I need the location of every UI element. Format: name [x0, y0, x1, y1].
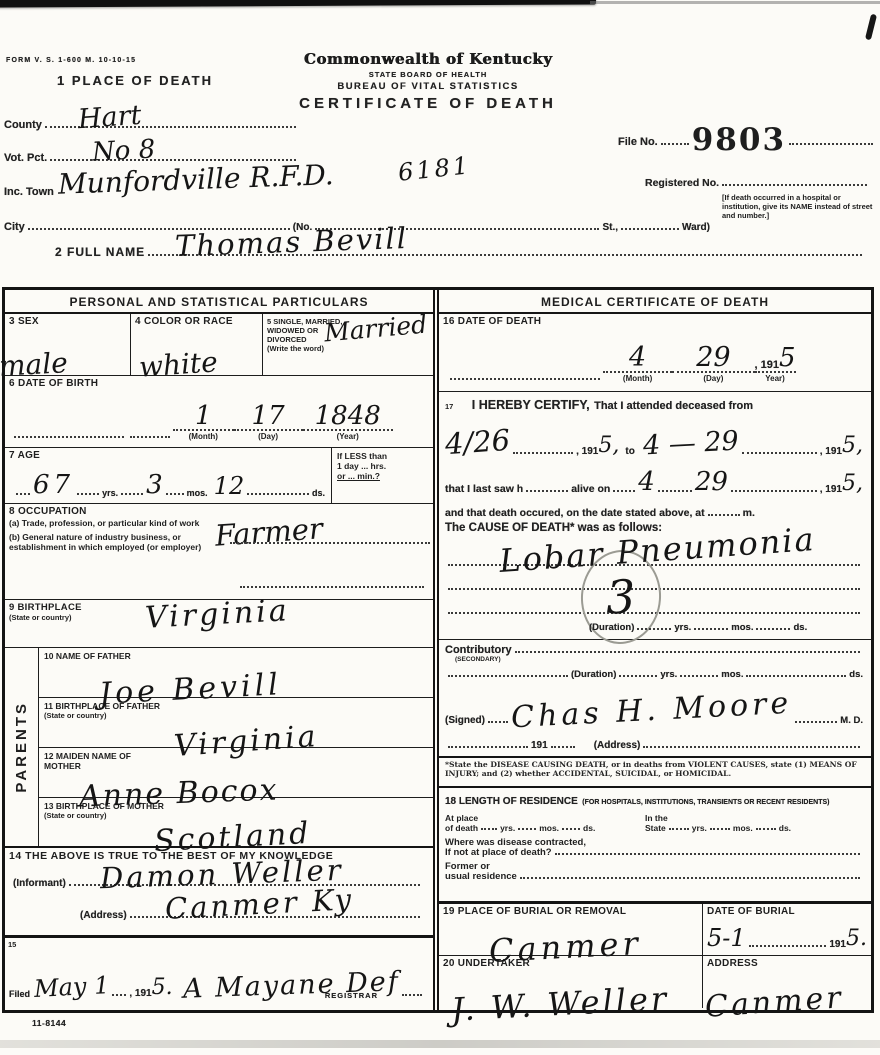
residence-in-state: In the State yrs. mos. ds.	[645, 813, 863, 833]
file-no-label: File No.	[618, 136, 658, 148]
mother-name-label: 12 MAIDEN NAME OF MOTHER	[39, 748, 159, 771]
full-name-label: 2 FULL NAME	[55, 245, 145, 259]
dotted-leader	[130, 436, 170, 438]
cause-duration-label: (Duration)	[589, 622, 634, 633]
dotted-leader	[520, 877, 860, 879]
dotted-leader	[742, 452, 817, 454]
dotted-leader	[448, 746, 528, 748]
contributory-label: Contributory	[445, 644, 512, 656]
dob-month-stack: 1 (Month)	[173, 403, 234, 441]
race-cell: 4 COLOR OR RACE white	[131, 314, 263, 375]
masthead: Commonwealth of Kentucky STATE BOARD OF …	[248, 50, 608, 112]
burial-place-handwriting: Canmer	[488, 927, 642, 967]
dod-year-line: , 191 5	[755, 345, 796, 373]
marital-value-handwriting: Married	[323, 312, 428, 346]
town-label: Inc. Town	[4, 186, 54, 198]
age-row: 7 AGE 67 yrs. 3 mos. 12 ds.	[5, 448, 433, 504]
death-occurred-text: and that death occured, on the date stat…	[445, 507, 705, 519]
last-saw-month-handwriting: 4	[638, 469, 655, 495]
marital-cell: 5 SINGLE, MARRIED, WIDOWED OR DIVORCED (…	[263, 314, 433, 375]
from-year-handwriting: 5,	[598, 435, 619, 457]
dotted-leader	[756, 628, 790, 630]
dotted-leader	[619, 675, 657, 677]
age-years-handwriting: 67	[33, 472, 74, 498]
age-less-note-3: or ... min.?	[337, 471, 431, 481]
burial-place-label: 19 PLACE OF BURIAL OR REMOVAL	[439, 904, 702, 917]
occupation-label: 8 OCCUPATION	[5, 504, 433, 517]
informant-label: (Informant)	[13, 878, 66, 889]
dotted-leader	[749, 945, 827, 947]
father-birthplace-sub: (State or country)	[39, 711, 433, 720]
burial-year-printed: 191	[829, 939, 846, 950]
dotted-leader	[526, 490, 568, 492]
dotted-leader	[402, 994, 422, 996]
at-place-line1: At place	[445, 813, 645, 823]
occupation-row: 8 OCCUPATION (a) Trade, profession, or p…	[5, 504, 433, 600]
dotted-leader	[746, 675, 846, 677]
place-of-death-heading: 1 PLACE OF DEATH	[57, 73, 213, 88]
signed-label: (Signed)	[445, 715, 485, 726]
dod-month-handwriting: 4	[603, 344, 672, 373]
undertaker-address-handwriting: Canmer	[704, 983, 844, 1023]
parents-rows: 10 NAME OF FATHER Joe Bevill 11 BIRTHPLA…	[39, 648, 433, 846]
city-st-label: St.,	[602, 222, 618, 233]
mother-name-handwriting: Anne Bocox	[79, 776, 279, 813]
contracted-line2: If not at place of death?	[445, 848, 863, 858]
age-label: 7 AGE	[5, 448, 331, 461]
filed-year-printed: , 191	[129, 988, 151, 999]
dob-label: 6 DATE OF BIRTH	[5, 376, 433, 389]
burial-year-handwriting: 5.	[846, 928, 867, 950]
to-year-handwriting: 5,	[842, 435, 863, 457]
dob-values: 1 (Month) 17 (Day) 1848 (Year)	[11, 403, 425, 441]
last-saw-line: that I last saw h alive on 4 29 , 191 5,	[445, 469, 863, 495]
dotted-leader	[166, 493, 184, 495]
dotted-leader	[661, 143, 689, 145]
from-year-printed: , 191	[576, 446, 598, 457]
dod-year-caption: Year)	[765, 374, 785, 383]
dob-year-caption: (Year)	[337, 432, 359, 441]
state-mos: mos.	[733, 823, 753, 833]
alive-on-text: alive on	[571, 483, 610, 495]
dotted-leader	[14, 436, 124, 438]
scan-artifact-right-edge	[865, 14, 877, 41]
dotted-leader	[621, 228, 679, 230]
dotted-leader	[77, 493, 99, 495]
dotted-leader	[551, 746, 575, 748]
bureau-line: BUREAU OF VITAL STATISTICS	[248, 81, 608, 92]
contracted-question: If not at place of death?	[445, 848, 552, 858]
dod-year-handwriting: 5	[779, 345, 796, 371]
father-name-label: 10 NAME OF FATHER	[39, 648, 149, 661]
sex-label: 3 SEX	[5, 314, 130, 327]
cause-block: The CAUSE OF DEATH* was as follows: Loba…	[439, 520, 871, 640]
occupation-a-label: (a) Trade, profession, or particular kin…	[5, 517, 220, 528]
dod-month-caption: (Month)	[623, 374, 652, 383]
residence-block: 18 LENGTH OF RESIDENCE (FOR HOSPITALS, I…	[439, 788, 871, 904]
last-saw-prefix: that I last saw h	[445, 483, 523, 495]
last-saw-year-printed: , 191	[820, 484, 842, 495]
to-year-printed: , 191	[820, 446, 842, 457]
scan-artifact-bottom-band	[0, 1040, 880, 1048]
cause-ds-unit: ds.	[793, 622, 807, 633]
dotted-leader	[481, 828, 497, 830]
dotted-leader	[450, 378, 600, 380]
dotted-leader	[795, 721, 837, 723]
former-residence-label: usual residence	[445, 872, 517, 882]
age-main-cell: 7 AGE 67 yrs. 3 mos. 12 ds.	[5, 448, 331, 503]
dotted-leader	[448, 675, 568, 677]
parents-block: PARENTS 10 NAME OF FATHER Joe Bevill 11 …	[5, 648, 433, 848]
sign-date-address-line: 191 (Address)	[445, 740, 863, 751]
contributory-ds-unit: ds.	[849, 669, 863, 680]
sex-cell: 3 SEX male	[5, 314, 131, 375]
dod-day-stack: 29 (Day)	[672, 344, 754, 383]
former-line2: usual residence	[445, 872, 863, 882]
mother-birthplace-handwriting: Scotland	[153, 819, 312, 857]
certify-intro-line: 17 I HEREBY CERTIFY, That I attended dec…	[445, 396, 863, 414]
state-label: State	[645, 823, 666, 833]
dotted-leader	[230, 542, 430, 544]
filed-year-handwriting: 5.	[152, 977, 173, 999]
file-no-value: 9803	[692, 130, 786, 152]
attended-from-handwriting: 4/26	[444, 426, 511, 459]
medical-section-title: MEDICAL CERTIFICATE OF DEATH	[439, 290, 871, 314]
plate-number: 11-8144	[32, 1018, 66, 1028]
sign-year-printed: 191	[531, 740, 548, 751]
residence-duration-grid: At place of death yrs. mos. ds. In the	[445, 813, 863, 833]
undertaker-address-cell: ADDRESS Canmer	[703, 956, 871, 1008]
at-place-line2: of death yrs. mos. ds.	[445, 823, 645, 833]
precinct-value-handwriting: No 8	[91, 136, 155, 165]
dotted-leader	[515, 651, 860, 653]
dotted-leader	[710, 828, 730, 830]
meridiem-text: m.	[743, 507, 755, 519]
dotted-leader	[694, 628, 728, 630]
stamp-number-handwriting: 3	[606, 574, 637, 621]
registrar-label: REGISTRAR	[325, 991, 378, 1000]
form-number: FORM V. S. 1-600 M. 10-10-15	[6, 57, 136, 64]
dotted-leader	[722, 184, 867, 186]
age-less-note-1: If LESS than	[337, 451, 431, 461]
certify-block: 17 I HEREBY CERTIFY, That I attended dec…	[439, 392, 871, 520]
attended-dates-line: 4/26 , 191 5, to 4 — 29 , 191 5,	[445, 428, 863, 457]
age-values: 67 yrs. 3 mos. 12 ds.	[13, 472, 325, 498]
race-label: 4 COLOR OR RACE	[131, 314, 262, 327]
dotted-leader	[518, 828, 536, 830]
dob-row: 6 DATE OF BIRTH 1 (Month) 17 (Day) 1848 …	[5, 376, 433, 448]
age-months-handwriting: 3	[146, 472, 163, 498]
dod-day-caption: (Day)	[703, 374, 723, 383]
burial-date-line: 5-1 191 5.	[707, 926, 867, 950]
residence-sub-label: (FOR HOSPITALS, INSTITUTIONS, TRANSIENTS…	[582, 799, 829, 806]
scan-artifact-top	[0, 0, 596, 8]
contributory-block: Contributory (SECONDARY) (Duration) yrs.…	[439, 640, 871, 758]
age-less-note-2: 1 day ... hrs.	[337, 461, 431, 471]
registered-no-row: Registered No.	[645, 177, 870, 189]
commonwealth-title: Commonwealth of Kentucky	[248, 50, 608, 68]
dotted-leader	[240, 586, 424, 588]
certificate-body: PERSONAL AND STATISTICAL PARTICULARS 3 S…	[2, 287, 874, 1013]
state-yrs: yrs.	[692, 823, 707, 833]
undertaker-handwriting: J. W. Weller	[450, 982, 670, 1025]
age-days-handwriting: 12	[214, 474, 245, 498]
dotted-leader	[708, 514, 740, 516]
to-word: to	[625, 446, 634, 457]
sex-race-marital-row: 3 SEX male 4 COLOR OR RACE white 5 SINGL…	[5, 314, 433, 376]
dotted-leader	[669, 828, 689, 830]
dod-year-stack: , 191 5 Year)	[755, 345, 796, 383]
dob-year-stack: 1848 (Year)	[303, 403, 393, 441]
contributory-mos-unit: mos.	[721, 669, 743, 680]
contributory-duration-line: (Duration) yrs. mos. ds.	[445, 669, 863, 680]
last-saw-year-handwriting: 5,	[842, 473, 863, 495]
parents-label: PARENTS	[13, 701, 30, 793]
burial-row: 19 PLACE OF BURIAL OR REMOVAL Canmer DAT…	[439, 904, 871, 956]
in-the-line2: State yrs. mos. ds.	[645, 823, 863, 833]
city-label: City	[4, 221, 25, 233]
dob-day-stack: 17 (Day)	[234, 403, 303, 441]
last-saw-day-handwriting: 29	[695, 469, 728, 495]
dotted-leader	[613, 490, 635, 492]
dotted-leader	[555, 853, 860, 855]
undertaker-address-label: ADDRESS	[703, 956, 871, 969]
hospital-note: [If death occurred in a hospital or inst…	[722, 193, 874, 220]
dotted-leader	[731, 490, 817, 492]
dotted-leader	[247, 493, 309, 495]
dob-year-handwriting: 1848	[303, 403, 393, 431]
contributory-line: Contributory	[445, 644, 863, 656]
dob-day-caption: (Day)	[258, 432, 278, 441]
precinct-label: Vot. Pct.	[4, 152, 47, 164]
dob-day-handwriting: 17	[234, 403, 303, 431]
age-ds-unit: ds.	[312, 488, 325, 498]
sign-address-label: (Address)	[594, 740, 641, 751]
attended-to-handwriting: 4 — 29	[642, 428, 739, 460]
dob-month-handwriting: 1	[173, 403, 234, 431]
at-place-mos: mos.	[539, 823, 559, 833]
dotted-leader	[562, 828, 580, 830]
contributory-duration-label: (Duration)	[571, 669, 616, 680]
filed-label: Filed	[9, 989, 30, 999]
burial-date-label: DATE OF BURIAL	[703, 904, 871, 917]
certify-number: 17	[445, 402, 453, 411]
in-the-line1: In the	[645, 813, 863, 823]
state-board-line: STATE BOARD OF HEALTH	[248, 70, 608, 79]
occupation-b-label: (b) General nature of industry business,…	[5, 528, 235, 552]
cause-footnote: *State the DISEASE CAUSING DEATH, or in …	[439, 758, 871, 788]
cause-duration-line: (Duration) yrs. mos. ds.	[589, 622, 863, 633]
secondary-label: (SECONDARY)	[445, 656, 863, 663]
death-occurred-line: and that death occured, on the date stat…	[445, 507, 863, 519]
contributory-yrs-unit: yrs.	[660, 669, 677, 680]
stray-number-handwriting: 6181	[397, 153, 472, 185]
registered-no-label: Registered No.	[645, 177, 719, 189]
dotted-leader	[121, 493, 143, 495]
at-place-label: of death	[445, 823, 478, 833]
birthplace-row: 9 BIRTHPLACE (State or country) Virginia	[5, 600, 433, 648]
occupation-a-handwriting: Farmer	[214, 514, 324, 550]
dotted-leader	[643, 746, 860, 748]
personal-column: PERSONAL AND STATISTICAL PARTICULARS 3 S…	[5, 290, 435, 1010]
personal-section-title: PERSONAL AND STATISTICAL PARTICULARS	[5, 290, 433, 314]
attestation-row: 14 THE ABOVE IS TRUE TO THE BEST OF MY K…	[5, 848, 433, 938]
dotted-leader	[16, 493, 30, 495]
dod-day-handwriting: 29	[672, 344, 754, 373]
father-name-row: 10 NAME OF FATHER Joe Bevill	[39, 648, 433, 698]
burial-date-cell: DATE OF BURIAL 5-1 191 5.	[703, 904, 871, 955]
county-row: County	[4, 119, 299, 131]
physician-signature-handwriting: Chas H. Moore	[510, 689, 792, 734]
state-ds: ds.	[779, 823, 791, 833]
dotted-leader	[658, 490, 692, 492]
date-of-death-row: 16 DATE OF DEATH 4 (Month) 29 (Day) , 19…	[439, 314, 871, 392]
certify-rest-text: That I attended deceased from	[594, 400, 753, 412]
dotted-leader	[637, 628, 671, 630]
cause-yrs-unit: yrs.	[674, 622, 691, 633]
age-yrs-unit: yrs.	[102, 488, 118, 498]
dod-month-stack: 4 (Month)	[603, 344, 672, 383]
county-value-handwriting: Hart	[77, 102, 142, 133]
certificate-title: CERTIFICATE OF DEATH	[248, 95, 608, 112]
dotted-leader	[513, 452, 573, 454]
at-place-ds: ds.	[583, 823, 595, 833]
residence-at-place: At place of death yrs. mos. ds.	[445, 813, 645, 833]
residence-heading: 18 LENGTH OF RESIDENCE (FOR HOSPITALS, I…	[445, 791, 863, 809]
cause-mos-unit: mos.	[731, 622, 753, 633]
scan-artifact-top-faint	[590, 1, 880, 4]
dotted-leader	[112, 994, 126, 996]
father-birthplace-row: 11 BIRTHPLACE OF FATHER (State or countr…	[39, 698, 433, 748]
dob-month-caption: (Month)	[189, 432, 218, 441]
medical-column: MEDICAL CERTIFICATE OF DEATH 16 DATE OF …	[437, 290, 871, 1010]
full-name-handwriting: Thomas Bevill	[175, 224, 409, 261]
parents-strip: PARENTS	[5, 648, 39, 846]
certify-bold-text: I HEREBY CERTIFY,	[472, 398, 590, 412]
county-label: County	[4, 119, 42, 131]
age-less-cell: If LESS than 1 day ... hrs. or ... min.?	[331, 448, 433, 503]
date-of-death-label: 16 DATE OF DEATH	[439, 314, 871, 327]
age-mos-unit: mos.	[187, 488, 208, 498]
md-suffix: M. D.	[840, 715, 863, 726]
filed-number: 15	[5, 938, 433, 949]
dotted-leader	[680, 675, 718, 677]
burial-date-handwriting: 5-1	[707, 926, 746, 950]
birthplace-handwriting: Virginia	[144, 596, 290, 634]
dod-year-printed: , 191	[755, 359, 779, 371]
filed-row: 15 Filed May 1 , 191 5. A Mayane Def REG…	[5, 938, 433, 1008]
dotted-leader	[488, 721, 508, 723]
signed-line: (Signed) Chas H. Moore M. D.	[445, 696, 863, 726]
dotted-leader	[756, 828, 776, 830]
city-ward-label: Ward)	[682, 222, 710, 233]
date-of-death-values: 4 (Month) 29 (Day) , 191 5 Year)	[447, 344, 861, 383]
informant-address-label: (Address)	[80, 910, 127, 921]
at-place-yrs: yrs.	[500, 823, 515, 833]
file-no-row: File No. 9803	[618, 126, 876, 148]
dotted-leader	[789, 143, 873, 145]
residence-label: 18 LENGTH OF RESIDENCE	[445, 796, 578, 807]
death-certificate-document: FORM V. S. 1-600 M. 10-10-15 Commonwealt…	[0, 0, 880, 1055]
burial-place-cell: 19 PLACE OF BURIAL OR REMOVAL Canmer	[439, 904, 703, 955]
filed-date-handwriting: May 1	[33, 973, 109, 1001]
